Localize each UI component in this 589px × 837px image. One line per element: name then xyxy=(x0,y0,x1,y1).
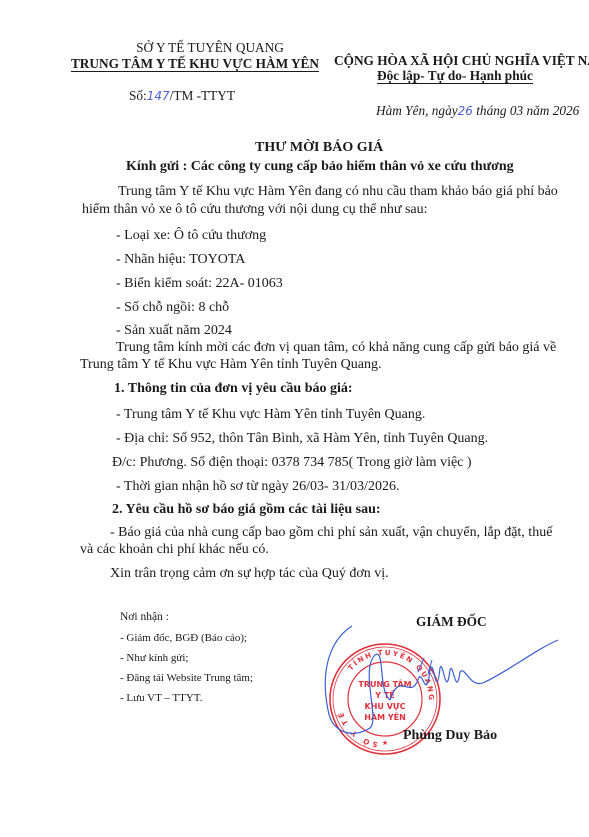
closing-line: Xin trân trọng cảm ơn sự hợp tác của Quý… xyxy=(110,566,389,582)
section-2-line-2: và các khoản chi phí khác nếu có. xyxy=(80,542,269,558)
requester-address: - Địa chỉ: Số 952, thôn Tân Bình, xã Hàm… xyxy=(116,431,488,447)
document-title: THƯ MỜI BÁO GIÁ xyxy=(255,140,383,156)
document-date: Hàm Yên, ngày26 tháng 03 năm 2026 xyxy=(376,103,579,119)
document-number: Số:147/TM -TTYT xyxy=(129,88,235,104)
doc-number-suffix: /TM -TTYT xyxy=(170,88,235,103)
vehicle-seats: - Số chỗ ngồi: 8 chỗ xyxy=(116,300,229,316)
national-motto: Độc lập- Tự do- Hạnh phúc xyxy=(377,68,533,84)
country-name: CỘNG HÒA XÃ HỘI CHỦ NGHĨA VIỆT NAM xyxy=(334,53,589,69)
organization-name: TRUNG TÂM Y TẾ KHU VỰC HÀM YÊN xyxy=(60,56,330,72)
requester-name: - Trung tâm Y tế Khu vực Hàm Yên tỉnh Tu… xyxy=(116,407,425,423)
recipient-item: - Giám đốc, BGĐ (Báo cáo); xyxy=(120,632,247,644)
doc-number-prefix: Số: xyxy=(129,88,147,103)
submission-period: - Thời gian nhận hồ sơ từ ngày 26/03- 31… xyxy=(116,479,399,495)
motto-text: Độc lập- Tự do- Hạnh phúc xyxy=(377,68,533,84)
intro-line-1: Trung tâm Y tế Khu vực Hàm Yên đang có n… xyxy=(118,184,558,200)
recipient-item: - Lưu VT – TTYT. xyxy=(120,692,202,704)
intro-line-2: hiểm thân vỏ xe ô tô cứu thương với nội … xyxy=(82,202,428,218)
section-1-heading: 1. Thông tin của đơn vị yêu cầu báo giá: xyxy=(114,381,353,397)
section-2-heading: 2. Yêu cầu hồ sơ báo giá gồm các tài liệ… xyxy=(112,502,381,518)
requester-contact: Đ/c: Phương. Số điện thoại: 0378 734 785… xyxy=(112,455,472,471)
organization-name-text: TRUNG TÂM Y TẾ KHU VỰC HÀM YÊN xyxy=(71,56,319,72)
recipient-item: - Như kính gửi; xyxy=(120,652,188,664)
date-suffix: tháng 03 năm 2026 xyxy=(476,103,579,118)
vehicle-type: - Loại xe: Ô tô cứu thương xyxy=(116,228,266,244)
invitation-line-1: Trung tâm kính mời các đơn vị quan tâm, … xyxy=(116,340,556,356)
vehicle-year: - Sản xuất năm 2024 xyxy=(116,323,232,339)
recipient-item: - Đăng tải Website Trung tâm; xyxy=(120,672,253,684)
doc-number-handwritten: 147 xyxy=(147,89,170,103)
department-name: SỞ Y TẾ TUYÊN QUANG xyxy=(90,40,330,56)
date-day-handwritten: 26 xyxy=(458,104,473,118)
section-2-line-1: - Báo giá của nhà cung cấp bao gồm chi p… xyxy=(110,525,552,541)
date-prefix: Hàm Yên, ngày xyxy=(376,103,458,118)
vehicle-brand: - Nhãn hiệu: TOYOTA xyxy=(116,252,245,268)
recipient-line: Kính gửi : Các công ty cung cấp bảo hiểm… xyxy=(126,159,514,175)
recipients-label: Nơi nhận : xyxy=(120,611,169,623)
vehicle-plate: - Biển kiểm soát: 22A- 01063 xyxy=(116,276,283,292)
invitation-line-2: Trung tâm Y tế Khu vực Hàm Yên tỉnh Tuyê… xyxy=(80,357,381,373)
signer-name: Phùng Duy Bảo xyxy=(403,728,497,744)
